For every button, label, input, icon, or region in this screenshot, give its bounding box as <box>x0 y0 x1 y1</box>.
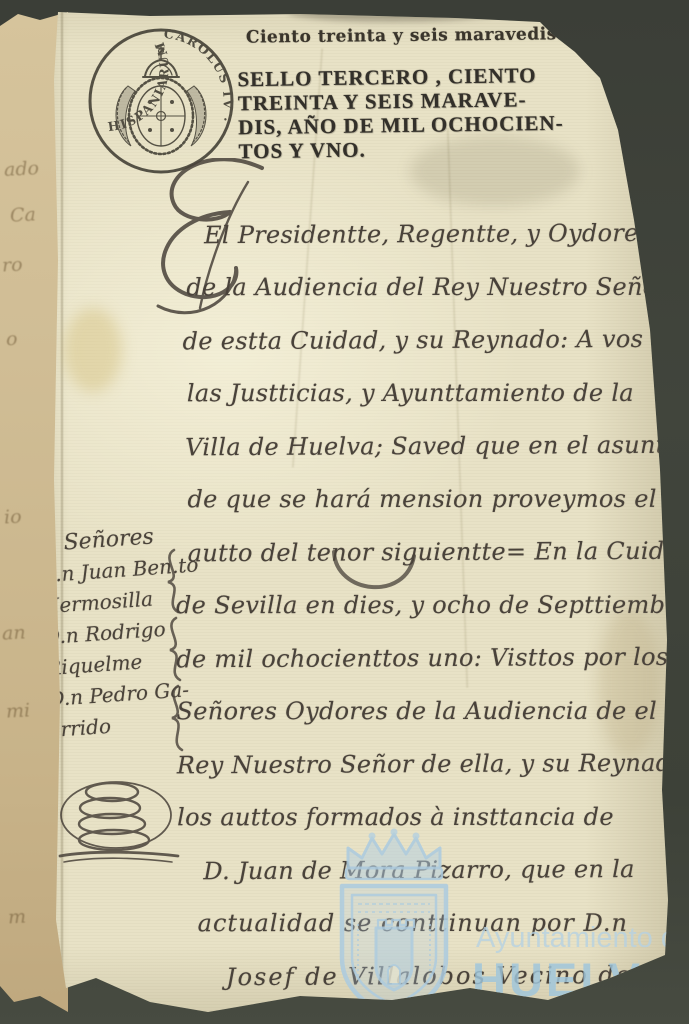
edge-text-fragment: mi <box>5 699 30 722</box>
manuscript-line: de la Audiencia del Rey Nuestro Señor <box>186 261 689 314</box>
manuscript-line: de Sevilla en dies, y ocho de Septtiembr… <box>176 579 689 632</box>
edge-text-fragment: Ca <box>9 203 36 226</box>
pen-swash <box>330 550 420 610</box>
manuscript-line: Villa de Huelva; Saved que en el asunto <box>185 419 689 475</box>
royal-seal: HISPANIARUM REX · CAROLUS IV · D · G · <box>84 24 238 178</box>
stamp-text-line: TOS Y VNO. <box>238 135 564 164</box>
manuscript-line: de mil ochocienttos uno: Visttos por los <box>176 631 689 687</box>
manuscript-page: Ciento treinta y seis maravedis. HISPANI… <box>38 8 674 1016</box>
stamp-header-gothic: Ciento treinta y seis maravedis. <box>246 24 546 47</box>
manuscript-line: Señores Oydores de la Audiencia de el <box>177 685 689 738</box>
edge-text-fragment: an <box>1 621 26 644</box>
manuscript-line: autto del tenor siguientte= En la Cuidad <box>188 525 689 581</box>
edge-text-fragment: o <box>5 328 18 351</box>
edge-text-fragment: io <box>3 506 22 529</box>
stamp-text-line: DIS, AÑO DE MIL OCHOCIEN- <box>238 111 564 140</box>
notary-rubric <box>54 770 184 875</box>
edge-text-fragment: m <box>7 906 26 929</box>
manuscript-line: de estta Cuidad, y su Reynado: A vos <box>182 313 689 369</box>
edge-text-fragment: ado <box>3 157 39 181</box>
printed-stamp-text: SELLO TERCERO , CIENTOTREINTA Y SEIS MAR… <box>237 63 564 164</box>
edge-text-fragment: ro <box>1 253 23 276</box>
paper-stain <box>64 308 122 392</box>
manuscript-line: de que se hará mension proveymos el <box>187 473 689 526</box>
margin-braces <box>154 548 196 758</box>
watermark-text-line2: HUELVA <box>472 952 676 1007</box>
watermark-text-line1: Ayuntamiento de <box>476 922 689 955</box>
huelva-watermark: Ayuntamiento de HUELVA <box>318 826 689 1024</box>
manuscript-line: El Presidentte, Regentte, y Oydores <box>204 207 689 263</box>
print-bleed-smudge <box>288 2 498 22</box>
manuscript-line: las Justticias, y Ayunttamiento de la <box>187 367 689 420</box>
document-scan: adoCarooioanmim Ciento treinta y seis ma… <box>0 0 689 1024</box>
watermark-crest <box>318 828 470 1024</box>
manuscript-line: Rey Nuestro Señor de ella, y su Reynado, <box>177 737 689 793</box>
